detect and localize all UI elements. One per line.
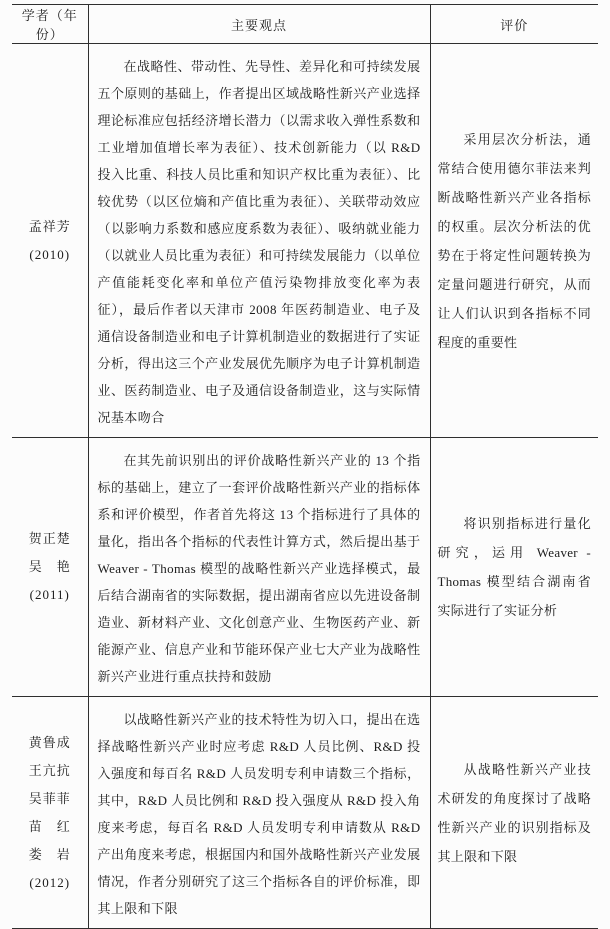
scholar-year: (2010) [12,241,88,269]
scholar-name: 黄鲁成 [12,729,88,757]
scholar-name: 王亢抗 [12,757,88,785]
scholar-cell: 贺正楚 吴 艳 (2011) [12,438,88,697]
evaluation-cell: 采用层次分析法，通常结合使用德尔菲法来判断战略性新兴产业各指标的权重。层次分析法… [430,44,598,438]
viewpoint-cell: 在战略性、带动性、先导性、差异化和可持续发展五个原则的基础上，作者提出区域战略性… [88,44,430,438]
table-row: 黄鲁成 王亢抗 吴菲菲 苗 红 娄 岩 (2012) 以战略性新兴产业的技术特性… [12,697,598,929]
literature-review-table: 学者（年份） 主要观点 评价 孟祥芳 (2010) 在战略性、带动性、先导性、差… [12,4,598,929]
evaluation-cell: 从战略性新兴产业技术研发的角度探讨了战略性新兴产业的识别指标及其上限和下限 [430,697,598,929]
scholar-name: 吴 艳 [12,553,88,581]
viewpoint-text: 在其先前识别出的评价战略性新兴产业的 13 个指标的基础上，建立了一套评价战略性… [98,447,421,690]
evaluation-text: 采用层次分析法，通常结合使用德尔菲法来判断战略性新兴产业各指标的权重。层次分析法… [438,125,592,357]
scholar-name: 孟祥芳 [12,213,88,241]
scholar-name: 贺正楚 [12,525,88,553]
viewpoint-text: 以战略性新兴产业的技术特性为切入口，提出在选择战略性新兴产业时应考虑 R&D 人… [98,706,421,922]
scholar-name: 苗 红 [12,813,88,841]
scholar-year: (2012) [12,869,88,897]
scholar-name: 娄 岩 [12,841,88,869]
table-row: 孟祥芳 (2010) 在战略性、带动性、先导性、差异化和可持续发展五个原则的基础… [12,44,598,438]
scholar-cell: 孟祥芳 (2010) [12,44,88,438]
evaluation-text: 从战略性新兴产业技术研发的角度探讨了战略性新兴产业的识别指标及其上限和下限 [438,755,592,871]
viewpoint-cell: 在其先前识别出的评价战略性新兴产业的 13 个指标的基础上，建立了一套评价战略性… [88,438,430,697]
col-header-evaluation: 评价 [430,5,598,44]
evaluation-text: 将识别指标进行量化研究，运用 Weaver - Thomas 模型结合湖南省实际… [438,509,592,625]
header-row: 学者（年份） 主要观点 评价 [12,5,598,44]
table-row: 贺正楚 吴 艳 (2011) 在其先前识别出的评价战略性新兴产业的 13 个指标… [12,438,598,697]
viewpoint-text: 在战略性、带动性、先导性、差异化和可持续发展五个原则的基础上，作者提出区域战略性… [98,53,421,431]
scholar-name: 吴菲菲 [12,785,88,813]
scholar-cell: 黄鲁成 王亢抗 吴菲菲 苗 红 娄 岩 (2012) [12,697,88,929]
col-header-scholar-year: 学者（年份） [12,5,88,44]
scholar-year: (2011) [12,581,88,609]
document-page: 学者（年份） 主要观点 评价 孟祥芳 (2010) 在战略性、带动性、先导性、差… [0,0,610,843]
viewpoint-cell: 以战略性新兴产业的技术特性为切入口，提出在选择战略性新兴产业时应考虑 R&D 人… [88,697,430,929]
evaluation-cell: 将识别指标进行量化研究，运用 Weaver - Thomas 模型结合湖南省实际… [430,438,598,697]
col-header-main-viewpoint: 主要观点 [88,5,430,44]
